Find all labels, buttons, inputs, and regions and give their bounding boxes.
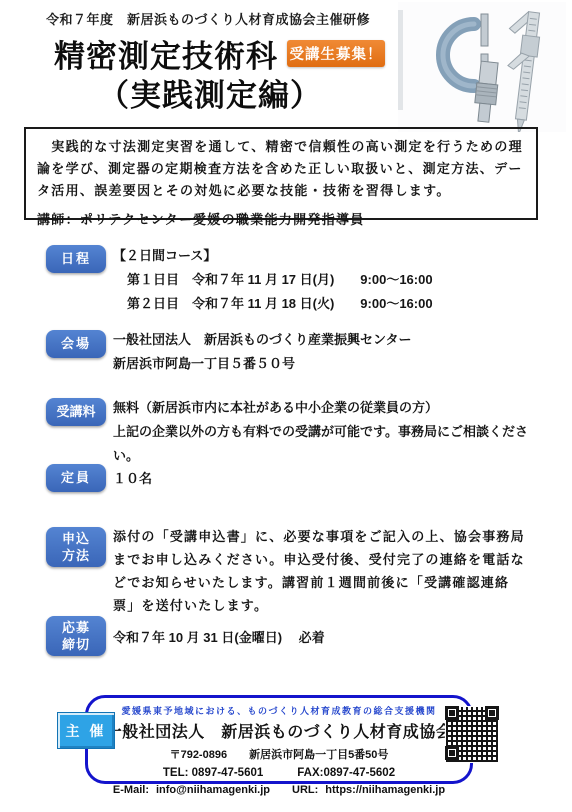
- capacity-label-badge: 定員: [46, 464, 106, 492]
- email-value: info@niihamagenki.jp: [156, 784, 270, 796]
- organizer-tagline: 愛媛県東予地域における、ものづくり人材育成教育の総合支援機関: [121, 704, 436, 717]
- organizer-box: 愛媛県東予地域における、ものづくり人材育成教育の総合支援機関 一般社団法人 新居…: [85, 695, 473, 784]
- application-label-line1: 申込: [46, 530, 106, 547]
- organizer-contact-line: E-Mail: info@niihamagenki.jp URL: https:…: [113, 784, 445, 796]
- flyer-page: 令和７年度 新居浜ものづくり人材育成協会主催研修 精密測定技術科 受講生募集！ …: [0, 0, 572, 812]
- schedule-label-badge: 日程: [46, 245, 106, 273]
- fee-paid-line: 上記の企業以外の方も有料での受講が可能です。事務局にご相談ください。: [113, 420, 545, 468]
- deadline-label-line2: 締切: [46, 636, 106, 653]
- application-label-line2: 方法: [46, 547, 106, 564]
- instruments-photo: [398, 2, 566, 132]
- url-value: https://niihamagenki.jp: [325, 784, 445, 796]
- organizer-tel: TEL: 0897-47-5601: [163, 767, 263, 779]
- fee-content: 無料（新居浜市内に本社がある中小企業の従業員の方） 上記の企業以外の方も有料での…: [113, 396, 545, 468]
- venue-name: 一般社団法人 新居浜ものづくり産業振興センター: [113, 328, 543, 352]
- organizer-fax: FAX:0897-47-5602: [297, 767, 395, 779]
- qr-code: [445, 706, 499, 763]
- organizer-address: 〒792-0896 新居浜市阿島一丁目5番50号: [170, 746, 389, 762]
- schedule-content: 【２日間コース】 第１日目 令和７年 11 月 17 日(月) 9:00～16:…: [113, 244, 543, 316]
- email-label: E-Mail:: [113, 784, 149, 796]
- fee-label-badge: 受講料: [46, 398, 106, 426]
- url-label: URL:: [292, 784, 318, 796]
- venue-label-badge: 会場: [46, 330, 106, 358]
- application-label-badge: 申込 方法: [46, 527, 106, 567]
- schedule-day2: 第２日目 令和７年 11 月 18 日(火) 9:00～16:00: [113, 292, 543, 316]
- schedule-day1: 第１日目 令和７年 11 月 17 日(月) 9:00～16:00: [113, 268, 543, 292]
- venue-address: 新居浜市阿島一丁目５番５０号: [113, 352, 543, 376]
- recruitment-badge: 受講生募集！: [287, 40, 385, 67]
- deadline-label-line1: 応募: [46, 619, 106, 636]
- deadline-value: 令和７年 10 月 31 日(金曜日) 必着: [113, 626, 325, 650]
- venue-content: 一般社団法人 新居浜ものづくり産業振興センター 新居浜市阿島一丁目５番５０号: [113, 328, 543, 376]
- application-body: 添付の「受講申込書」に、必要な事項をご記入の上、協会事務局までお申し込みください…: [113, 525, 529, 617]
- course-title-line2: （実践測定編）: [98, 70, 322, 115]
- deadline-label-badge: 応募 締切: [46, 616, 106, 656]
- qr-finder-top-left: [445, 706, 459, 720]
- organizer-badge: 主 催: [57, 712, 115, 749]
- course-year-subtitle: 令和７年度 新居浜ものづくり人材育成協会主催研修: [46, 9, 370, 28]
- capacity-value: １０名: [113, 467, 152, 491]
- qr-finder-top-right: [485, 706, 499, 720]
- organizer-name: 一般社団法人 新居浜ものづくり人材育成協会: [106, 719, 453, 742]
- lecturer-line: 講師：ポリテクセンター愛媛の職業能力開発指導員: [37, 209, 525, 231]
- course-description: 実践的な寸法測定実習を通して、精密で信頼性の高い測定を行うための理論を学び、測定…: [37, 136, 525, 202]
- schedule-heading: 【２日間コース】: [113, 244, 543, 268]
- fee-free-line: 無料（新居浜市内に本社がある中小企業の従業員の方）: [113, 396, 545, 420]
- qr-finder-bottom-left: [445, 746, 459, 760]
- course-description-box: 実践的な寸法測定実習を通して、精密で信頼性の高い測定を行うための理論を学び、測定…: [24, 127, 538, 220]
- micrometer-and-caliper-icon: [398, 2, 566, 132]
- organizer-telfax: TEL: 0897-47-5601 FAX:0897-47-5602: [163, 767, 395, 779]
